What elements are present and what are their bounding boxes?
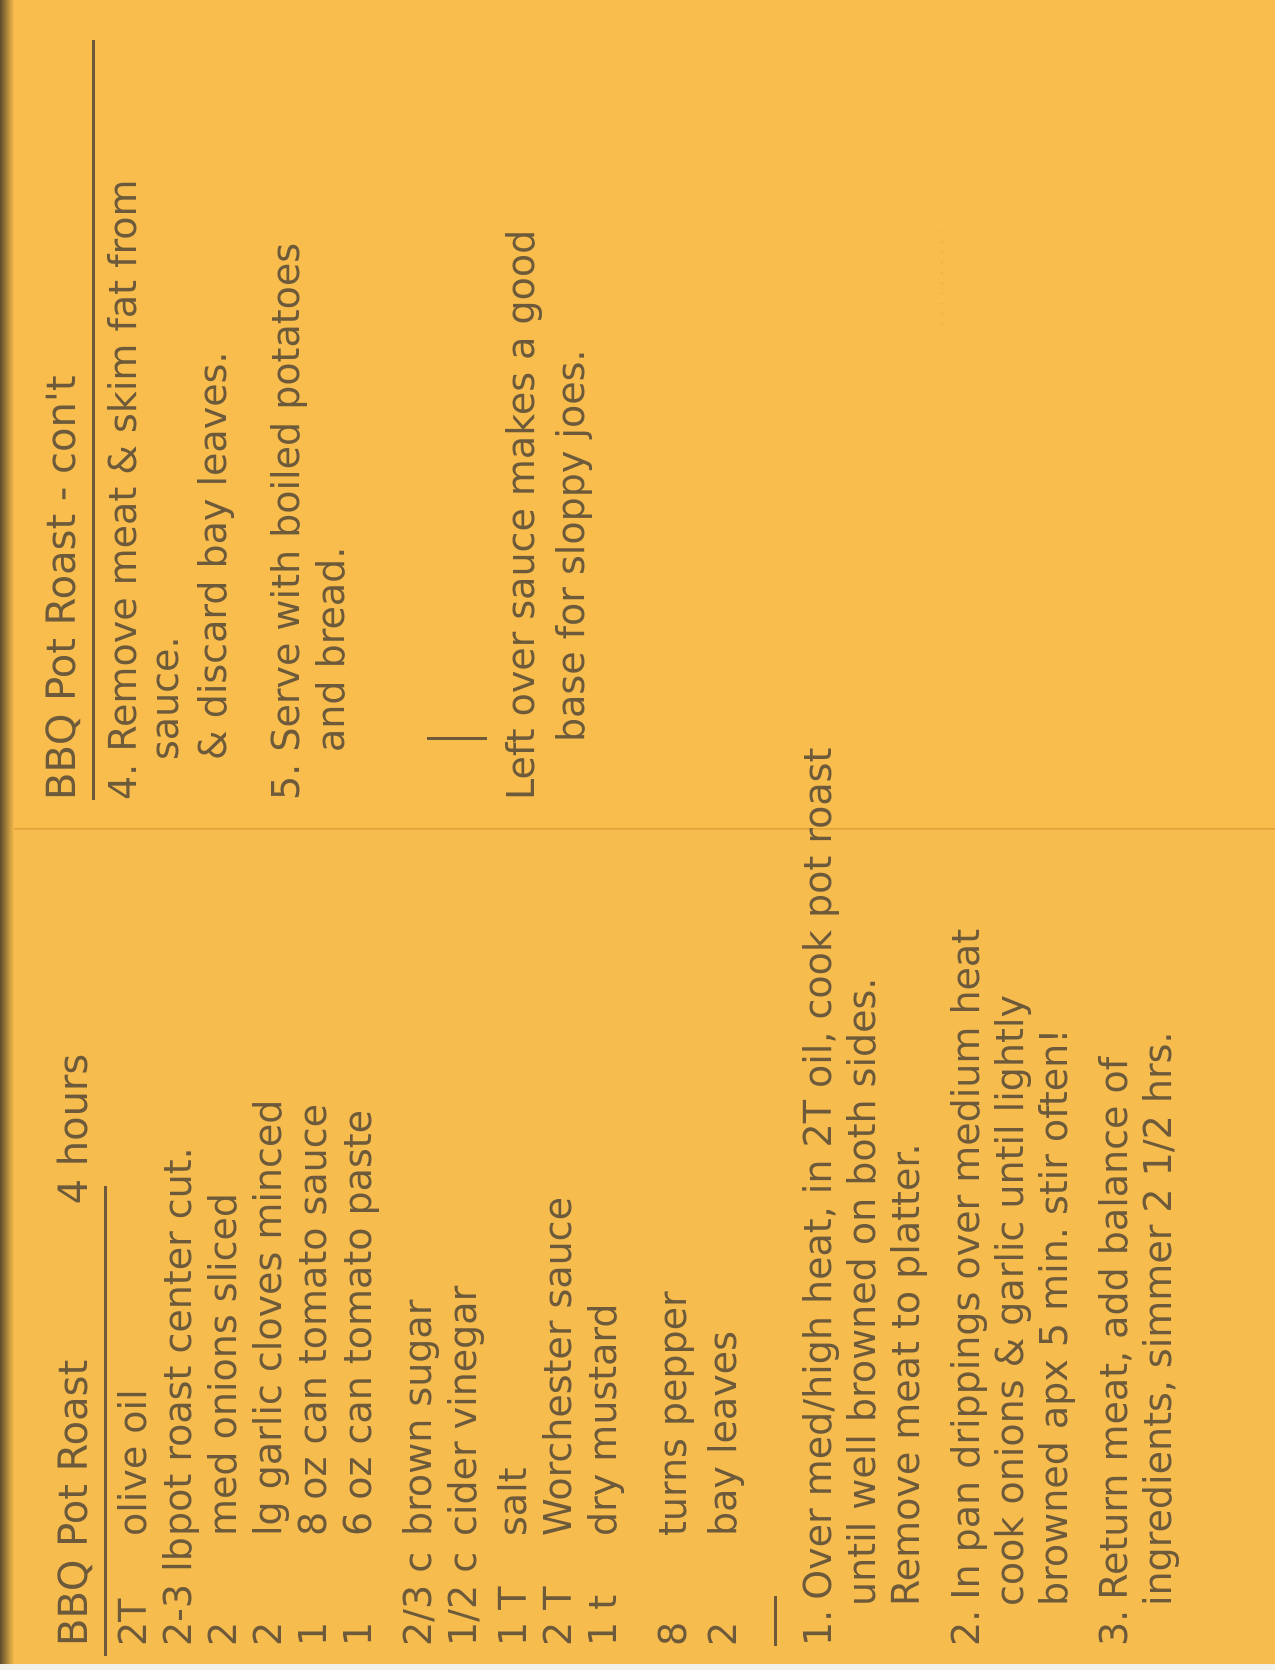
ingredient-quantity: 1 t: [584, 1536, 622, 1646]
step-text: Return meat, add balance of: [1092, 1057, 1136, 1600]
step-text: cook onions & garlic until lightly: [988, 995, 1032, 1606]
instruction-step-2: cook onions & garlic until lightly: [991, 995, 1029, 1606]
ingredient-quantity: 2-3 lb: [159, 1536, 197, 1646]
card-back-title: BBQ Pot Roast - con't: [42, 375, 82, 800]
ingredient-item: 2 TWorchester sauce: [539, 1197, 577, 1646]
ingredient-name: bay leaves: [701, 1331, 745, 1536]
separator-mark: [774, 1596, 777, 1646]
ingredient-item: 2/3 cbrown sugar: [399, 1300, 437, 1646]
note-text: Left over sauce makes a good: [502, 230, 540, 800]
ingredient-name: pot roast center cut.: [156, 1147, 200, 1536]
step-number: 1.: [796, 1610, 840, 1646]
ingredient-item: 2-3 lbpot roast center cut.: [159, 1147, 197, 1646]
ingredient-name: cider vinegar: [441, 1286, 485, 1536]
ingredient-quantity: 2: [704, 1536, 742, 1646]
scan-edge: [0, 1664, 1275, 1670]
ingredient-name: med onions sliced: [201, 1193, 245, 1536]
ingredient-item: 8turns pepper: [654, 1291, 692, 1646]
step-text: browned apx 5 min. stir often!: [1032, 1029, 1076, 1606]
recipe-card-continued: BBQ Pot Roast - con't 4. Remove meat & s…: [14, 0, 1275, 828]
step-5: 5. Serve with boiled potatoes: [267, 243, 305, 800]
cook-time: 4 hours: [51, 1054, 97, 1205]
ingredient-name: lg garlic cloves minced: [246, 1100, 290, 1536]
ingredient-name: olive oil: [111, 1389, 155, 1536]
ingredient-name: turns pepper: [651, 1291, 695, 1536]
ingredient-name: 8 oz can tomato sauce: [291, 1104, 335, 1536]
instruction-step-2: browned apx 5 min. stir often!: [1035, 1029, 1073, 1606]
ingredient-item: 2lg garlic cloves minced: [249, 1100, 287, 1646]
ingredient-item: 1 Tsalt: [494, 1467, 532, 1646]
step-text: until well browned on both sides.: [840, 978, 884, 1606]
step-text: Remove meat & skim fat from: [101, 179, 145, 751]
scan-edge: [0, 0, 14, 1670]
card-front-title: BBQ Pot Roast 4 hours: [54, 1054, 94, 1646]
ingredient-item: 18 oz can tomato sauce: [294, 1104, 332, 1646]
step-number: 4.: [101, 764, 145, 800]
step-text: In pan drippings over medium heat: [944, 929, 988, 1600]
step-text: Over med/high heat, in 2T oil, cook pot …: [796, 748, 840, 1600]
ingredient-name: dry mustard: [581, 1304, 625, 1536]
note-text: base for sloppy joes.: [552, 350, 590, 742]
ingredient-item: 16 oz can tomato paste: [339, 1110, 377, 1646]
ingredient-item: 2bay leaves: [704, 1331, 742, 1646]
ingredient-item: 2Tolive oil: [114, 1389, 152, 1646]
ingredient-quantity: 2/3 c: [399, 1536, 437, 1646]
ingredient-quantity: 2T: [114, 1536, 152, 1646]
instruction-step-3: ingredients, simmer 2 1/2 hrs.: [1139, 1032, 1177, 1606]
ingredient-quantity: 8: [654, 1536, 692, 1646]
step-text: & discard bay leaves.: [194, 352, 232, 760]
ingredient-name: salt: [491, 1467, 535, 1536]
recipe-card-front: BBQ Pot Roast 4 hours 2Tolive oil2-3 lbp…: [14, 831, 1275, 1664]
ingredient-name: brown sugar: [396, 1300, 440, 1536]
step-text: Remove meat to platter.: [884, 1143, 928, 1606]
step-text: ingredients, simmer 2 1/2 hrs.: [1136, 1032, 1180, 1606]
step-text: sauce.: [146, 636, 184, 760]
ingredient-quantity: 1/2 c: [444, 1536, 482, 1646]
ingredient-quantity: 1: [294, 1536, 332, 1646]
instruction-step-1: until well browned on both sides.: [843, 978, 881, 1606]
instruction-step-1: 1.Over med/high heat, in 2T oil, cook po…: [799, 748, 837, 1646]
ingredient-name: Worchester sauce: [536, 1197, 580, 1536]
ingredient-item: 1/2 ccider vinegar: [444, 1286, 482, 1646]
ingredient-quantity: 1 T: [494, 1536, 532, 1646]
step-text: and bread.: [312, 547, 350, 752]
ingredient-quantity: 2: [249, 1536, 287, 1646]
ingredient-name: 6 oz can tomato paste: [336, 1110, 380, 1536]
step-text: Serve with boiled potatoes: [264, 243, 308, 752]
instruction-step-2: 2.In pan drippings over medium heat: [947, 929, 985, 1646]
ingredient-quantity: 2: [204, 1536, 242, 1646]
bleed-through-text: · · · · · · · · · ·: [935, 229, 950, 327]
ingredient-item: 2med onions sliced: [204, 1193, 242, 1646]
ingredient-quantity: 1: [339, 1536, 377, 1646]
instruction-step-3: 3.Return meat, add balance of: [1095, 1057, 1133, 1646]
ingredient-item: 1 tdry mustard: [584, 1304, 622, 1646]
recipe-title: BBQ Pot Roast: [51, 1360, 97, 1646]
title-underline: [104, 1186, 107, 1656]
step-number: 5.: [264, 764, 308, 800]
instruction-step-1: Remove meat to platter.: [887, 1143, 925, 1606]
step-4: 4. Remove meat & skim fat from: [104, 179, 142, 800]
title-underline: [92, 40, 95, 800]
ingredient-quantity: 2 T: [539, 1536, 577, 1646]
separator-mark: [427, 737, 487, 740]
step-number: 2.: [944, 1610, 988, 1646]
step-number: 3.: [1092, 1610, 1136, 1646]
